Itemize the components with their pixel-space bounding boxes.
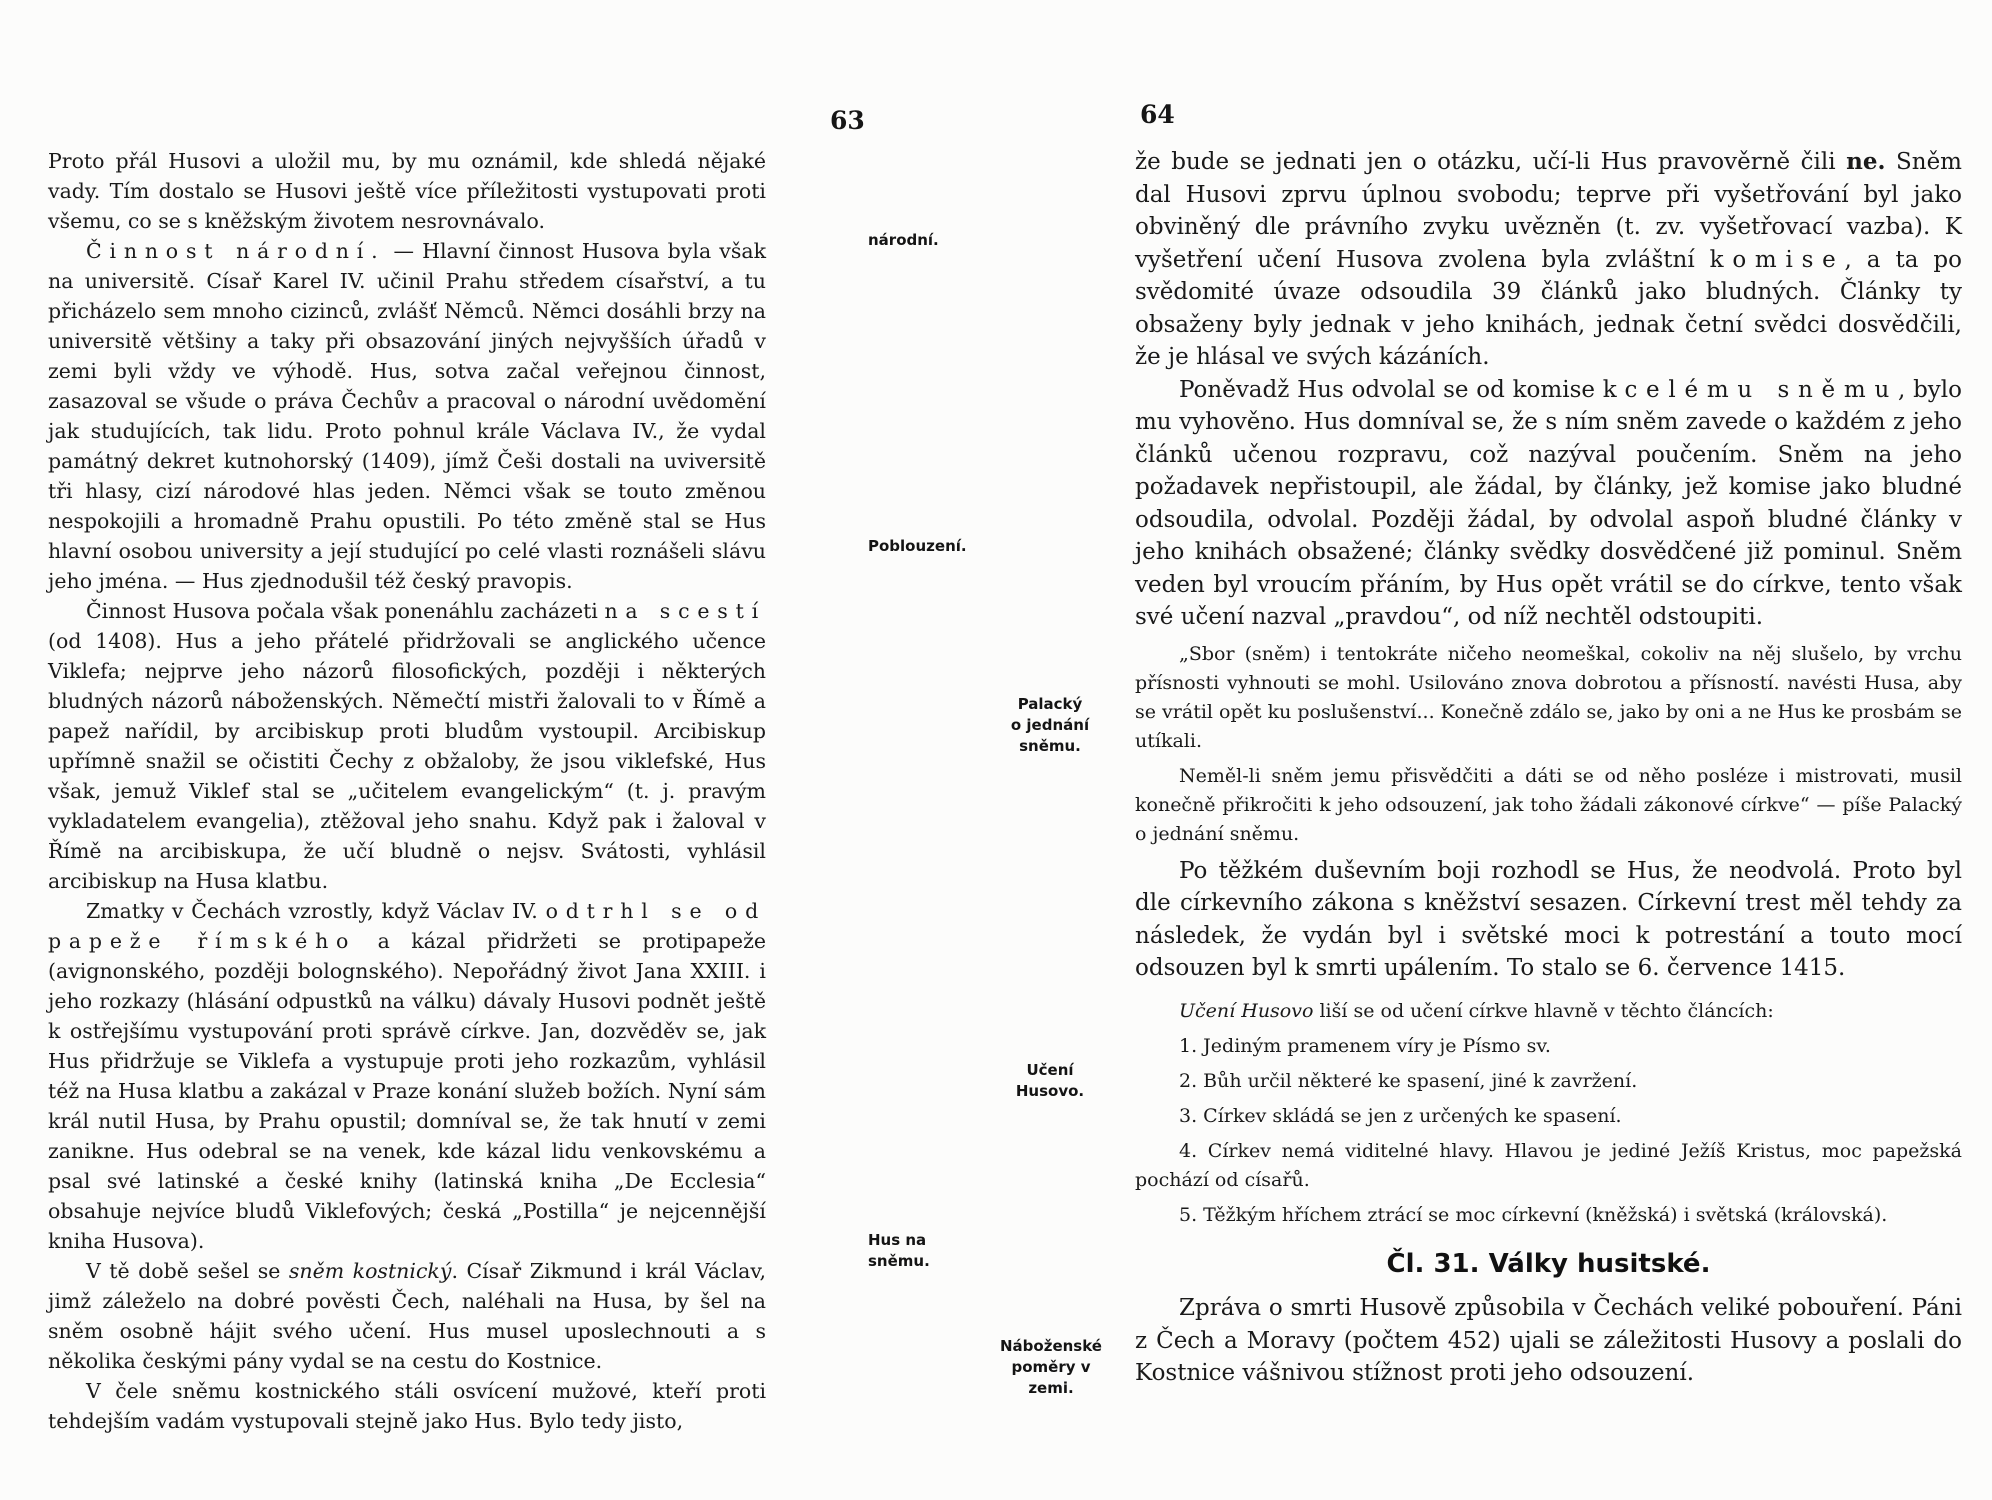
paragraph: „Sbor (sněm) i tentokráte ničeho neomešk… xyxy=(1135,640,1962,756)
paragraph: Zpráva o smrti Husově způsobila v Čechác… xyxy=(1135,1292,1962,1390)
sperr-text-run: na scestí xyxy=(604,599,766,623)
paragraph: Činnost Husova počala však ponenáhlu zac… xyxy=(48,596,766,896)
text-run: (od 1408). Hus a jeho přátelé přidržoval… xyxy=(48,629,766,893)
text-run: liší se od učení církve hlavně v těchto … xyxy=(1313,1000,1773,1022)
scanned-book-spread: { "left_page": { "page_number": "63", "m… xyxy=(0,0,1992,1500)
right-page-text-column: že bude se jednati jen o otázku, učí-li … xyxy=(1135,146,1962,1390)
paragraph: Zmatky v Čechách vzrostly, když Václav I… xyxy=(48,896,766,1256)
text-run: 3. Církev skládá se jen z určených ke sp… xyxy=(1179,1105,1622,1127)
text-run: V tě době sešel se xyxy=(86,1259,289,1283)
text-run: V čele sněmu kostnického stáli osvícení … xyxy=(48,1379,766,1433)
paragraph: Poněvadž Hus odvolal se od komise k celé… xyxy=(1135,374,1962,634)
text-run: 1. Jediným pramenem víry je Písmo sv. xyxy=(1179,1035,1551,1057)
it-text-run: sněm kostnický xyxy=(289,1259,452,1283)
text-run: Proto přál Husovi a uložil mu, by mu ozn… xyxy=(48,149,766,233)
book-spread: 63 64 Proto přál Husovi a uložil mu, by … xyxy=(0,0,1992,1500)
text-run: 2. Bůh určil některé ke spasení, jiné k … xyxy=(1179,1070,1637,1092)
margin-note-hus-na-snemu: Hus na sněmu. xyxy=(868,1230,978,1272)
margin-note-nabozenske: Náboženské poměry v zemi. xyxy=(1000,1336,1102,1399)
paragraph: Učení Husovo liší se od učení církve hla… xyxy=(1135,997,1962,1026)
paragraph: Po těžkém duševním boji rozhodl se Hus, … xyxy=(1135,855,1962,985)
text-run: 5. Těžkým hříchem ztrácí se moc církevní… xyxy=(1179,1204,1887,1226)
sperr-text-run: komise xyxy=(1710,247,1845,273)
text-run: — Hlavní činnost Husova byla však na uni… xyxy=(48,239,766,593)
sperr-text-run: Činnost národní. xyxy=(86,239,385,263)
left-page-text-column: Proto přál Husovi a uložil mu, by mu ozn… xyxy=(48,146,766,1436)
section-heading: Čl. 31. Války husitské. xyxy=(1135,1248,1962,1281)
page-number-right: 64 xyxy=(1140,100,1175,129)
paragraph: Proto přál Husovi a uložil mu, by mu ozn… xyxy=(48,146,766,236)
paragraph: 2. Bůh určil některé ke spasení, jiné k … xyxy=(1135,1067,1962,1096)
text-run: 4. Církev nemá viditelné hlavy. Hlavou j… xyxy=(1135,1140,1962,1191)
text-run: a kázal přidržeti se protipapeže (avigno… xyxy=(48,929,766,1253)
paragraph: 3. Církev skládá se jen z určených ke sp… xyxy=(1135,1102,1962,1131)
sperr-text-run: celému sněmu xyxy=(1624,377,1898,403)
text-run: Po těžkém duševním boji rozhodl se Hus, … xyxy=(1135,858,1962,982)
paragraph: Neměl-li sněm jemu přisvědčiti a dáti se… xyxy=(1135,762,1962,849)
text-run: „Sbor (sněm) i tentokráte ničeho neomešk… xyxy=(1135,643,1962,752)
paragraph: 5. Těžkým hříchem ztrácí se moc církevní… xyxy=(1135,1201,1962,1230)
text-run: Zpráva o smrti Husově způsobila v Čechác… xyxy=(1135,1295,1962,1386)
margin-note-poblouzeni: Poblouzení. xyxy=(868,536,1008,557)
paragraph: Činnost národní. — Hlavní činnost Husova… xyxy=(48,236,766,596)
it-text-run: Učení Husovo xyxy=(1179,1000,1313,1022)
paragraph: 4. Církev nemá viditelné hlavy. Hlavou j… xyxy=(1135,1137,1962,1195)
paragraph: V tě době sešel se sněm kostnický. Císař… xyxy=(48,1256,766,1376)
text-run: Neměl-li sněm jemu přisvědčiti a dáti se… xyxy=(1135,765,1962,845)
text-run: Zmatky v Čechách vzrostly, když Václav I… xyxy=(86,899,546,923)
text-run: že bude se jednati jen o otázku, učí-li … xyxy=(1135,149,1846,175)
margin-note-narodni: národní. xyxy=(868,230,998,251)
text-run: , bylo mu vyhověno. Hus domníval se, že … xyxy=(1135,377,1962,631)
paragraph: V čele sněmu kostnického stáli osvícení … xyxy=(48,1376,766,1436)
paragraph: 1. Jediným pramenem víry je Písmo sv. xyxy=(1135,1032,1962,1061)
text-run: Čl. 31. Války husitské. xyxy=(1387,1249,1711,1279)
b-text-run: ne. xyxy=(1846,148,1885,175)
page-number-left: 63 xyxy=(830,106,865,135)
margin-note-uceni: Učení Husovo. xyxy=(1002,1060,1098,1102)
text-run: Činnost Husova počala však ponenáhlu zac… xyxy=(86,599,604,623)
margin-note-palacky: Palacký o jednání sněmu. xyxy=(1002,694,1098,757)
paragraph: že bude se jednati jen o otázku, učí-li … xyxy=(1135,146,1962,374)
text-run: Poněvadž Hus odvolal se od komise k xyxy=(1179,377,1624,403)
